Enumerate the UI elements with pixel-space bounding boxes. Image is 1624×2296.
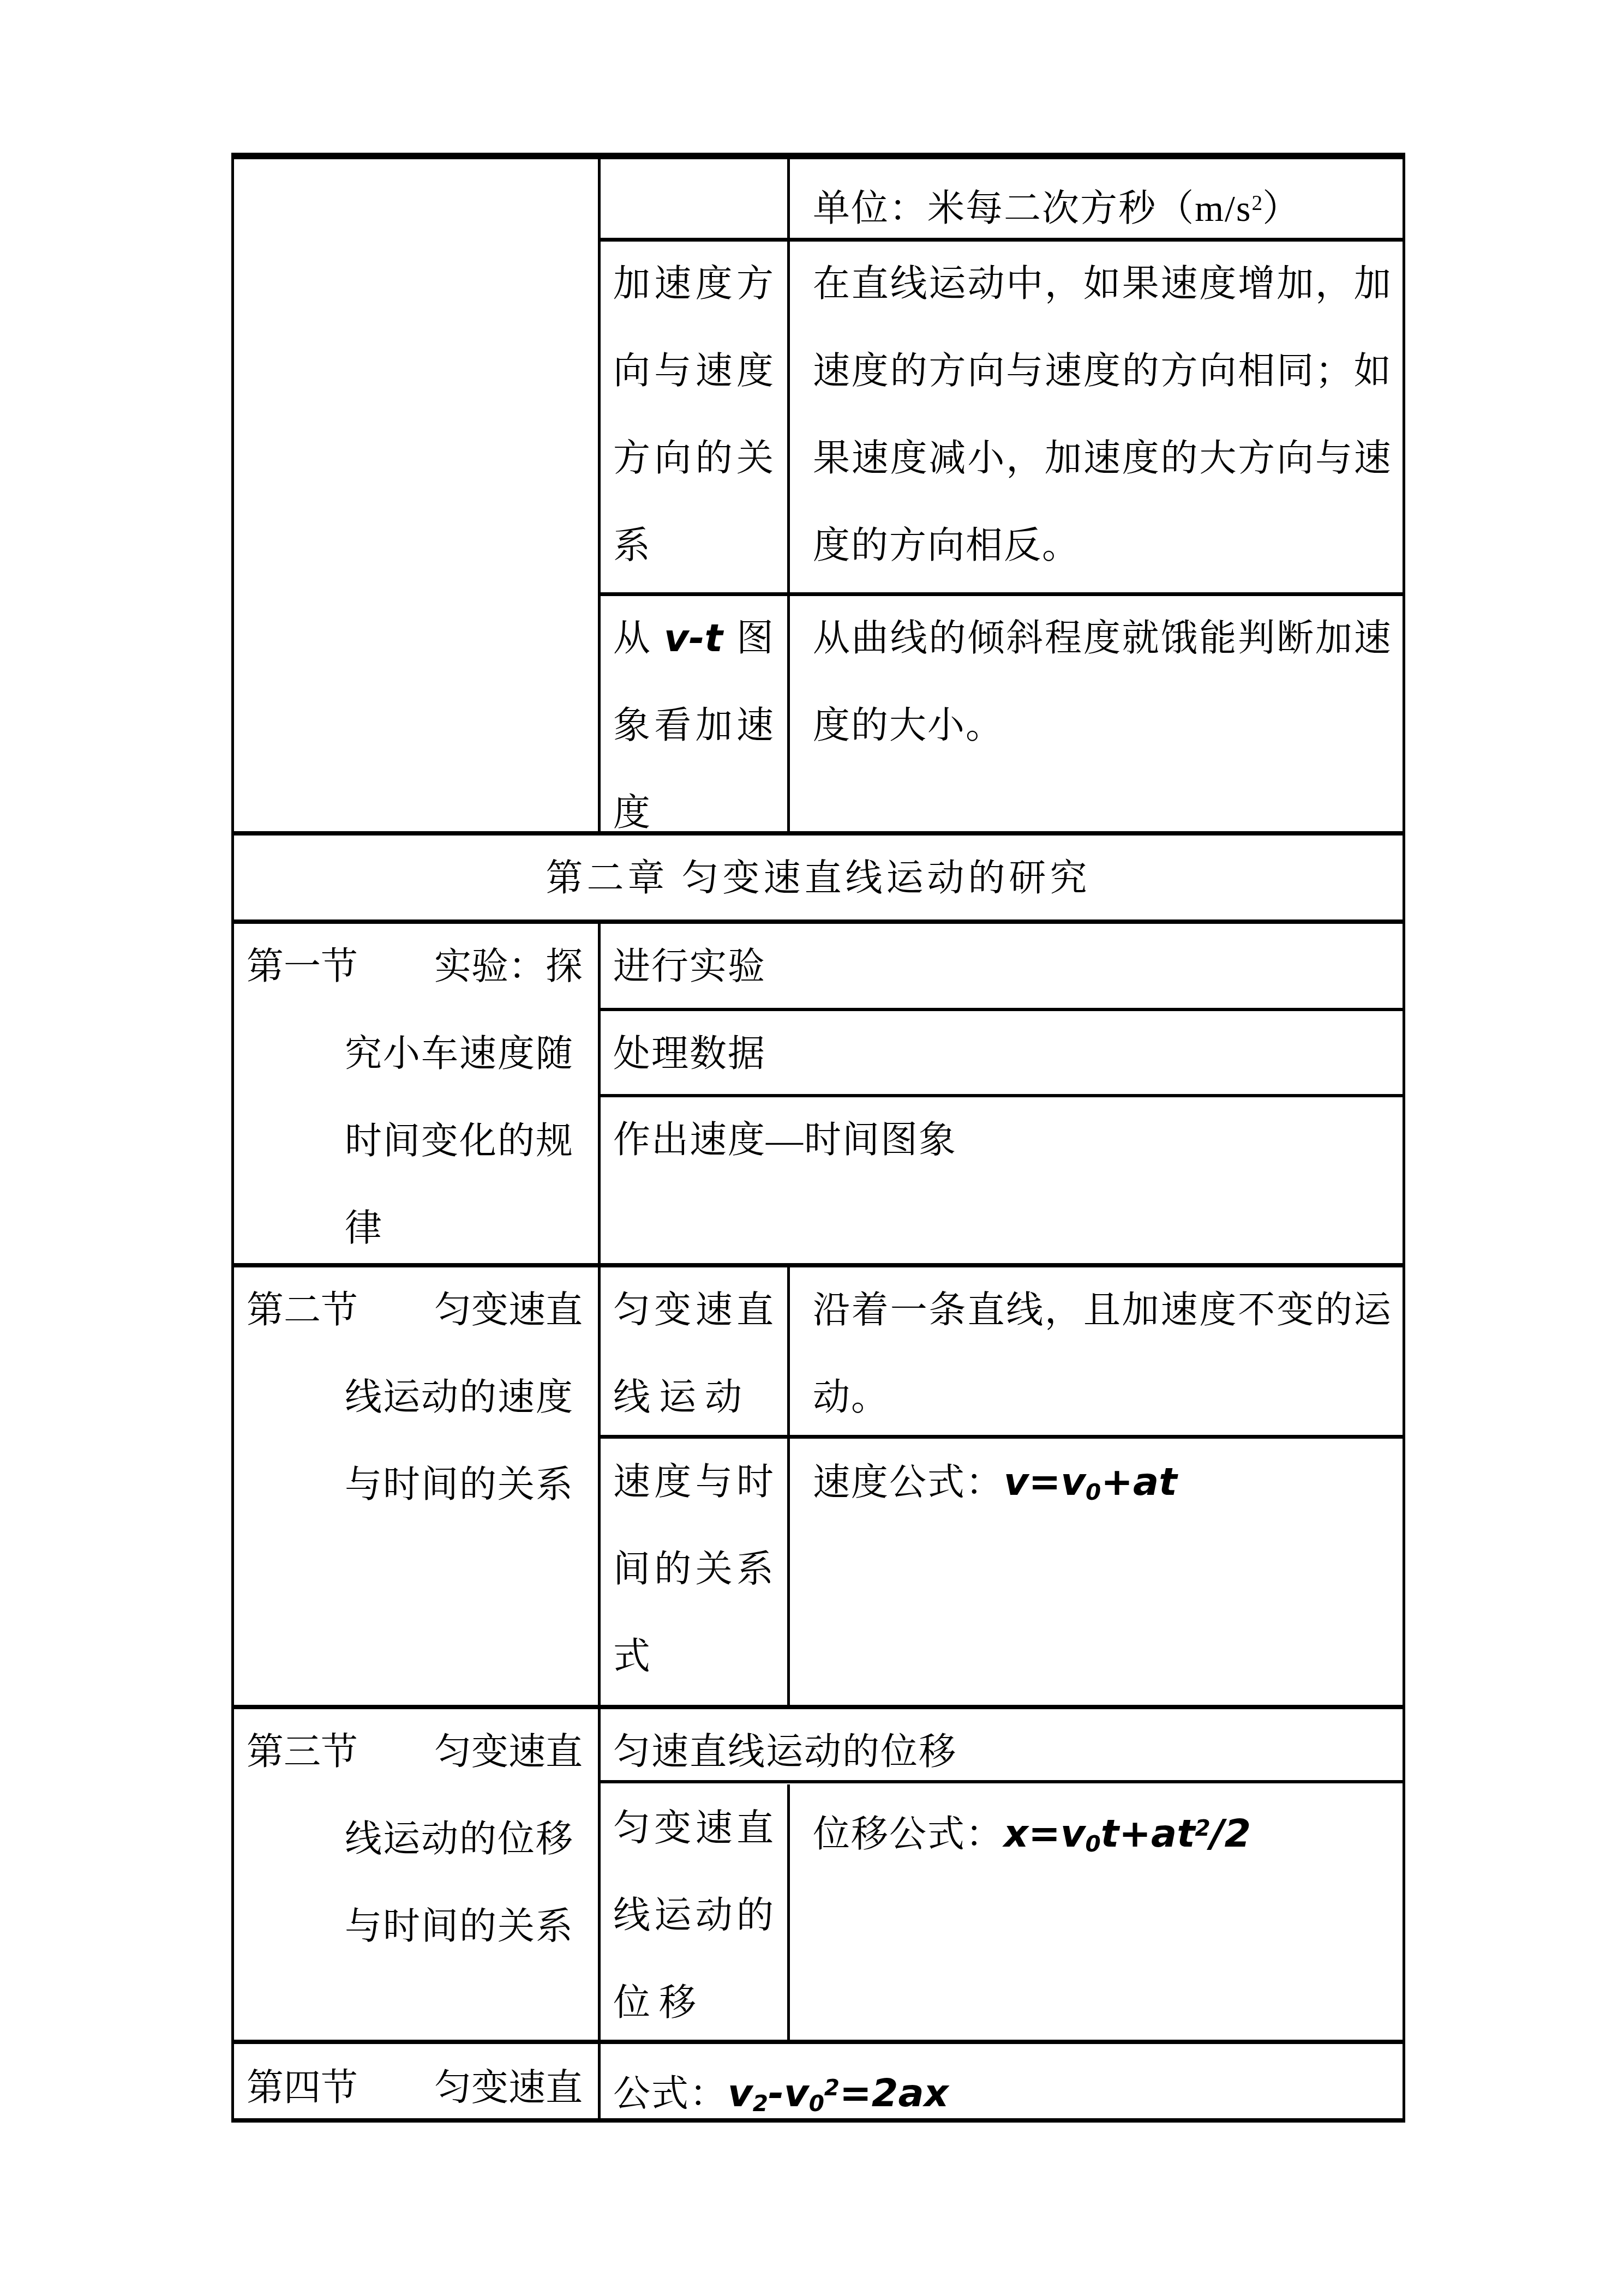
- text-run: 倾: [967, 594, 1004, 682]
- text-line: 速度与时: [613, 1438, 774, 1525]
- text-run: 速: [1354, 414, 1391, 502]
- text-run: 加: [1122, 1266, 1159, 1354]
- text-run: 线: [1006, 1266, 1043, 1354]
- text-run: 着: [852, 1266, 889, 1354]
- table-grid-line: [787, 1266, 790, 1705]
- text-line: 线运动的: [613, 1872, 774, 1959]
- text-run: 匀变速直: [434, 2044, 583, 2131]
- text-run: 单位：米每二次方秒（m/s2）: [813, 188, 1301, 229]
- text-line: 位移: [613, 1959, 774, 2046]
- text-run: 相: [1238, 327, 1275, 414]
- text-run: 实验：探: [434, 923, 583, 1010]
- text-run: 图: [736, 594, 774, 682]
- text-run: 向: [613, 327, 650, 414]
- uniform-accel-motion-def-cell: 沿着一条直线，且加速度不变的运动。: [813, 1266, 1391, 1441]
- text-run: 速: [696, 1266, 733, 1354]
- text-run: 位移: [613, 1982, 705, 2023]
- chapter-heading-cell: 第二章 匀变速直线运动的研究: [235, 834, 1402, 922]
- text-run: 增: [1238, 240, 1275, 327]
- text-run: 系: [736, 1525, 774, 1613]
- text-line: 与时间的关系: [247, 1883, 583, 1970]
- experiment-step-2-cell: 处理数据: [613, 1010, 1386, 1097]
- text-run: ，: [1315, 240, 1352, 327]
- text-run: 向: [1277, 414, 1314, 502]
- table-grid-line: [231, 2040, 1405, 2044]
- text-line: 位移公式：x=v0t+at2/2: [813, 1784, 1391, 1888]
- text-run: 速: [1161, 1266, 1198, 1354]
- text-run: 度: [1199, 240, 1236, 327]
- uniform-accel-motion-topic-cell: 匀变速直线运动: [613, 1266, 774, 1441]
- text-run: 度: [852, 327, 889, 414]
- text-run: 判: [1238, 594, 1275, 682]
- vt-graph-content-cell: 从曲线的倾斜程度就饿能判断加速度的大小。: [813, 594, 1391, 769]
- formula-text: v2-v02=2ax: [728, 2071, 949, 2115]
- text-run: 线: [890, 594, 927, 682]
- text-run: 加: [696, 682, 733, 769]
- text-run: 第二章 匀变速直线运动的研究: [546, 857, 1090, 899]
- text-run: 同: [1277, 327, 1314, 414]
- text-run: ；: [1315, 327, 1352, 414]
- text-run: 度: [1083, 327, 1120, 414]
- document-page: 单位：米每二次方秒（m/s2）加速度方向与速度方向的关系在直线运动中，如果速度增…: [0, 0, 1624, 2296]
- section3-title-cell: 第三节匀变速直线运动的位移与时间的关系: [247, 1708, 583, 1970]
- text-line: 速度的方向与速度的方向相同；如: [813, 327, 1391, 414]
- table-grid-line: [231, 153, 234, 2123]
- vt-graph-topic-cell: 从v-t图象看加速度: [613, 594, 774, 856]
- text-run: 方: [1161, 327, 1198, 414]
- text-run: 沿: [813, 1266, 850, 1354]
- text-line: 象看加速: [613, 682, 774, 769]
- text-run: 度: [736, 327, 774, 414]
- text-run: 关: [696, 1525, 733, 1613]
- text-run: 第一节: [247, 923, 358, 1010]
- text-line: 第二章 匀变速直线运动的研究: [235, 834, 1402, 922]
- text-run: 度: [890, 414, 927, 502]
- text-run: 变: [654, 1784, 691, 1872]
- text-line: 线运动的位移: [247, 1795, 583, 1883]
- text-run: 加: [613, 240, 650, 327]
- text-run: 方: [613, 414, 650, 502]
- table-grid-line: [598, 159, 601, 831]
- formula-text: x=v0t+at2/2: [1004, 1811, 1251, 1856]
- text-run: 速: [1083, 414, 1120, 502]
- text-run: 作出速度—时间图象: [613, 1119, 957, 1161]
- text-run: 速: [654, 240, 691, 327]
- text-run: 位移公式：: [813, 1813, 1004, 1855]
- text-line: 与时间的关系: [247, 1441, 583, 1528]
- formula-text: v-t: [664, 594, 723, 682]
- accel-motion-displacement-topic-cell: 匀变速直线运动的位移: [613, 1784, 774, 2046]
- text-run: 速: [736, 682, 774, 769]
- text-line: 第二节匀变速直: [247, 1266, 583, 1354]
- text-run: 匀: [613, 1784, 650, 1872]
- text-run: 度: [613, 792, 651, 833]
- text-run: 的: [1315, 1266, 1352, 1354]
- text-run: 匀速直线运动的位移: [613, 1731, 957, 1772]
- table-grid-line: [598, 924, 601, 2118]
- text-run: 度: [696, 240, 733, 327]
- velocity-formula-cell: 速度公式：v=v0+at: [813, 1438, 1391, 1536]
- text-run: 向: [654, 414, 691, 502]
- text-run: 处理数据: [613, 1033, 766, 1074]
- text-run: 从: [613, 594, 650, 682]
- text-line: 度的大小。: [813, 682, 1391, 769]
- text-run: 度的方向相反。: [813, 525, 1080, 566]
- text-line: 从曲线的倾斜程度就饿能判断加速: [813, 594, 1391, 682]
- text-run: 饿: [1161, 594, 1198, 682]
- text-run: 减: [929, 414, 966, 502]
- text-run: 加: [1277, 240, 1314, 327]
- text-run: 线运动: [613, 1377, 751, 1418]
- text-run: 动。: [813, 1377, 889, 1418]
- text-run: 第三节: [247, 1708, 358, 1795]
- text-run: 与: [696, 1438, 733, 1525]
- text-run: 向: [967, 327, 1004, 414]
- text-run: 如: [1083, 240, 1120, 327]
- text-run: 速: [696, 327, 733, 414]
- text-run: ，: [1045, 1266, 1082, 1354]
- text-run: 速: [696, 1784, 733, 1872]
- text-line: 线运动: [613, 1354, 774, 1441]
- text-run: 运: [1354, 1266, 1391, 1354]
- text-run: 且: [1083, 1266, 1120, 1354]
- text-run: 就: [1122, 594, 1159, 682]
- text-run: 程: [1045, 594, 1082, 682]
- text-line: 时间变化的规: [247, 1097, 583, 1185]
- text-run: 运: [654, 1872, 691, 1959]
- text-run: 条: [929, 1266, 966, 1354]
- text-run: 时间变化的规: [345, 1120, 574, 1162]
- text-line: 式: [613, 1613, 774, 1700]
- text-line: 进行实验: [613, 923, 1386, 1010]
- text-run: 向: [1199, 327, 1236, 414]
- text-line: 方向的关: [613, 414, 774, 502]
- text-run: 方: [736, 240, 774, 327]
- text-line: 速度公式：v=v0+at: [813, 1438, 1391, 1536]
- text-run: 运: [929, 240, 966, 327]
- text-run: 线: [890, 240, 927, 327]
- text-run: 速: [1354, 594, 1391, 682]
- text-run: 方: [1238, 414, 1275, 502]
- text-run: 直: [736, 1266, 774, 1354]
- text-run: 看: [654, 682, 691, 769]
- text-run: 一: [890, 1266, 927, 1354]
- text-run: 线: [613, 1872, 650, 1959]
- text-run: 在: [813, 240, 850, 327]
- text-line: 作出速度—时间图象: [613, 1096, 1386, 1183]
- text-run: 第四节: [247, 2044, 358, 2131]
- velocity-time-relation-topic-cell: 速度与时间的关系式: [613, 1438, 774, 1700]
- text-line: 向与速度: [613, 327, 774, 414]
- text-run: 速: [813, 327, 850, 414]
- text-run: 斜: [1006, 594, 1043, 682]
- text-line: 匀变速直: [613, 1266, 774, 1354]
- text-run: 的: [696, 414, 733, 502]
- text-run: 时: [736, 1438, 774, 1525]
- text-run: 与: [654, 327, 691, 414]
- formula-text: v=v0+at: [1004, 1459, 1177, 1504]
- text-run: 变: [654, 1266, 691, 1354]
- table-grid-line: [787, 159, 790, 831]
- accel-direction-topic-cell: 加速度方向与速度方向的关系: [613, 240, 774, 589]
- text-run: 线运动的速度: [345, 1377, 574, 1418]
- text-line: 在直线运动中，如果速度增加，加: [813, 240, 1391, 327]
- text-run: 速: [1045, 327, 1082, 414]
- section4-title-cell: 第四节匀变速直: [247, 2044, 583, 2131]
- text-line: 匀速直线运动的位移: [613, 1708, 1386, 1795]
- text-run: 式: [613, 1636, 651, 1677]
- text-line: 公式：v2-v02=2ax: [613, 2044, 1386, 2147]
- text-run: 的: [1122, 327, 1159, 414]
- text-run: 第二节: [247, 1266, 358, 1354]
- text-run: 方: [929, 327, 966, 414]
- text-run: 如: [1354, 327, 1391, 414]
- text-run: 加: [1045, 414, 1082, 502]
- text-run: 间: [613, 1525, 650, 1613]
- text-run: 能: [1199, 594, 1236, 682]
- text-line: 间的关系: [613, 1525, 774, 1613]
- text-run: 度的大小。: [813, 705, 1004, 746]
- text-run: ，: [1045, 240, 1082, 327]
- text-line: 律: [247, 1185, 583, 1272]
- text-run: 大: [1199, 414, 1236, 502]
- text-run: 曲: [852, 594, 889, 682]
- text-run: 直: [852, 240, 889, 327]
- text-run: 速: [1161, 240, 1198, 327]
- text-line: 匀变速直: [613, 1784, 774, 1872]
- experiment-step-3-cell: 作出速度—时间图象: [613, 1096, 1386, 1183]
- velocity-displacement-formula-cell: 公式：v2-v02=2ax: [613, 2044, 1386, 2147]
- text-line: 系: [613, 502, 774, 589]
- text-run: ，: [1006, 414, 1043, 502]
- text-run: 与时间的关系: [345, 1906, 574, 1947]
- text-run: 断: [1277, 594, 1314, 682]
- text-run: 果: [1122, 240, 1159, 327]
- text-run: 速度公式：: [813, 1462, 1004, 1503]
- uniform-motion-displacement-cell: 匀速直线运动的位移: [613, 1708, 1386, 1795]
- text-line: 动。: [813, 1354, 1391, 1441]
- unit-cell: 单位：米每二次方秒（m/s2）: [813, 159, 1391, 252]
- text-run: 度: [1083, 594, 1120, 682]
- text-run: 系: [613, 525, 651, 566]
- text-run: 的: [654, 1525, 691, 1613]
- displacement-formula-cell: 位移公式：x=v0t+at2/2: [813, 1784, 1391, 1888]
- text-run: 速: [613, 1438, 650, 1525]
- text-run: 的: [929, 594, 966, 682]
- text-run: 究小车速度随: [345, 1033, 574, 1074]
- accel-direction-content-cell: 在直线运动中，如果速度增加，加速度的方向与速度的方向相同；如果速度减小，加速度的…: [813, 240, 1391, 589]
- text-run: 匀变速直: [434, 1708, 583, 1795]
- text-run: 加: [1354, 240, 1391, 327]
- text-run: 不: [1238, 1266, 1275, 1354]
- text-line: 究小车速度随: [247, 1010, 583, 1097]
- text-run: 与时间的关系: [345, 1464, 574, 1505]
- text-run: 度: [1199, 1266, 1236, 1354]
- text-line: 单位：米每二次方秒（m/s2）: [813, 159, 1391, 252]
- text-line: 线运动的速度: [247, 1354, 583, 1441]
- text-run: 度: [1122, 414, 1159, 502]
- text-run: 动: [696, 1872, 733, 1959]
- experiment-step-1-cell: 进行实验: [613, 923, 1386, 1010]
- text-run: 的: [736, 1872, 774, 1959]
- text-run: 直: [967, 1266, 1004, 1354]
- text-run: 加: [1315, 594, 1352, 682]
- text-run: 匀: [613, 1266, 650, 1354]
- text-run: 小: [967, 414, 1004, 502]
- text-line: 沿着一条直线，且加速度不变的运: [813, 1266, 1391, 1354]
- text-run: 进行实验: [613, 946, 766, 987]
- table-grid-line: [1403, 153, 1405, 2123]
- text-run: 的: [890, 327, 927, 414]
- text-line: 果速度减小，加速度的大方向与速: [813, 414, 1391, 502]
- text-run: 动: [967, 240, 1004, 327]
- text-line: 从v-t图: [613, 594, 774, 682]
- text-run: 变: [1277, 1266, 1314, 1354]
- text-run: 度: [654, 1438, 691, 1525]
- text-run: 象: [613, 682, 650, 769]
- text-run: 从: [813, 594, 850, 682]
- text-line: 第三节匀变速直: [247, 1708, 583, 1795]
- section2-title-cell: 第二节匀变速直线运动的速度与时间的关系: [247, 1266, 583, 1528]
- text-run: 公式：: [613, 2073, 728, 2114]
- section1-title-cell: 第一节实验：探究小车速度随时间变化的规律: [247, 923, 583, 1272]
- table-grid-line: [787, 1784, 790, 2040]
- text-run: 与: [1006, 327, 1043, 414]
- text-line: 加速度方: [613, 240, 774, 327]
- text-run: 果: [813, 414, 850, 502]
- text-line: 第四节匀变速直: [247, 2044, 583, 2131]
- text-run: 速: [852, 414, 889, 502]
- text-run: 中: [1006, 240, 1043, 327]
- text-run: 匀变速直: [434, 1266, 583, 1354]
- text-run: 线运动的位移: [345, 1818, 574, 1860]
- text-line: 第一节实验：探: [247, 923, 583, 1010]
- table-grid-line: [231, 153, 1405, 159]
- text-run: 直: [736, 1784, 774, 1872]
- text-line: 度的方向相反。: [813, 502, 1391, 589]
- text-run: 的: [1161, 414, 1198, 502]
- text-run: 与: [1315, 414, 1352, 502]
- text-line: 处理数据: [613, 1010, 1386, 1097]
- text-run: 律: [345, 1207, 383, 1249]
- text-run: 关: [736, 414, 774, 502]
